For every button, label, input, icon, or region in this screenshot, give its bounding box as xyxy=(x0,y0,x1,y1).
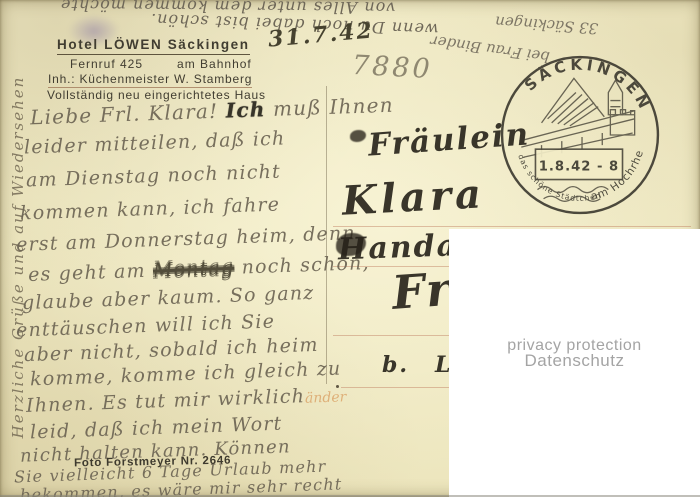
message-line: kommen kann, ich fahre xyxy=(20,193,281,224)
postmark-town-text: SÄCKINGEN xyxy=(521,56,655,115)
address-line-name: Klara xyxy=(341,170,486,224)
postmark-date: 1.8.42 - 8 xyxy=(539,159,619,174)
ruled-line-dot xyxy=(336,385,339,388)
privacy-text-de: Datenschutz xyxy=(507,352,641,369)
message-line: erst am Donnerstag heim, denn xyxy=(16,222,356,256)
message-line: es geht am Montag noch schon, xyxy=(28,252,370,286)
crossed-out-word: Montag xyxy=(153,257,235,282)
letterhead-phone: Fernruf 425 xyxy=(70,57,143,71)
pencil-postal-code: 7880 xyxy=(351,50,433,85)
svg-text:SÄCKINGEN: SÄCKINGEN xyxy=(521,56,655,115)
postmark-stamp: 1.8.42 - 8 SÄCKINGEN das schöne Städtche… xyxy=(490,52,670,218)
letterhead-phone-line: Fernruf 425am Bahnhof xyxy=(70,57,252,71)
ink-blot xyxy=(350,130,366,142)
address-ruled-line xyxy=(333,226,691,227)
pencil-note-flipped-1: 33 Säckingen xyxy=(494,12,598,37)
letterhead-hotel-name: Hotel LÖWEN Säckingen xyxy=(57,37,250,55)
message-line: Ihnen. Es tut mir wirklich xyxy=(26,385,306,417)
privacy-overlay: privacy protection Datenschutz xyxy=(449,229,700,497)
faint-overprint: änder xyxy=(305,389,347,406)
address-line-place: b.L xyxy=(382,352,453,378)
letterhead-owner: Inh.: Küchenmeister W. Stamberg xyxy=(48,72,252,88)
ink-blot-word: Ich xyxy=(225,97,266,122)
message-line: leider mitteilen, daß ich xyxy=(24,127,286,158)
postcard-scan: von Alles unter dem kommen möchte wenn D… xyxy=(0,0,700,497)
message-line: am Dienstag noch nicht xyxy=(26,161,282,192)
message-line: glaube aber kaum. So ganz xyxy=(22,282,315,314)
address-ruled-line xyxy=(333,335,453,336)
letterhead-station: am Bahnhof xyxy=(177,57,252,71)
address-ruled-line xyxy=(341,387,453,388)
margin-note-vertical: Herzliche Grüße und auf Wiedersehen xyxy=(9,57,27,457)
